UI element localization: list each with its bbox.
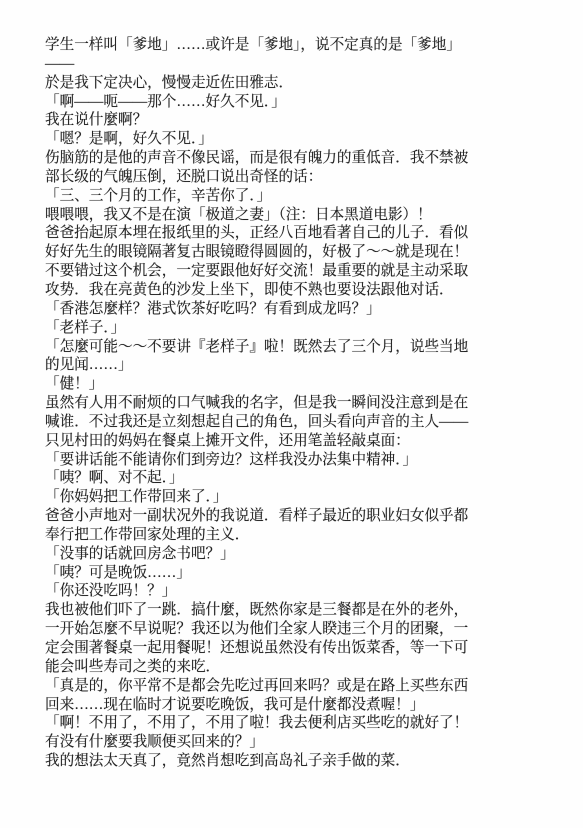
text-line: 学生一样叫「爹地」……或许是「爹地」，说不定真的是「爹地」 bbox=[45, 36, 545, 55]
text-line: 伤脑筋的是他的声音不像民谣，而是很有魄力的重低音．我不禁被 bbox=[45, 149, 545, 168]
text-line: 能会叫些寿司之类的来吃． bbox=[45, 658, 545, 677]
text-line: 「老样子．」 bbox=[45, 319, 545, 338]
text-line: 「你妈妈把工作带回来了．」 bbox=[45, 488, 545, 507]
text-line: 「香港怎麼样？港式饮茶好吃吗？有看到成龙吗？」 bbox=[45, 300, 545, 319]
text-line: 「嗯？是啊，好久不见．」 bbox=[45, 130, 545, 149]
text-line: 奉行把工作带回家处理的主义． bbox=[45, 526, 545, 545]
text-line: 不要错过这个机会，一定要跟他好好交流！最重要的就是主动采取 bbox=[45, 262, 545, 281]
text-line: 虽然有人用不耐烦的口气喊我的名字，但是我一瞬间没注意到是在 bbox=[45, 394, 545, 413]
text-line: 爸爸小声地对一副状况外的我说道．看样子最近的职业妇女似乎都 bbox=[45, 507, 545, 526]
text-line: 「要讲话能不能请你们到旁边？这样我没办法集中精神．」 bbox=[45, 451, 545, 470]
text-line: 「啊——呃——那个……好久不见．」 bbox=[45, 93, 545, 112]
text-line: 於是我下定决心，慢慢走近佐田雅志． bbox=[45, 74, 545, 93]
text-line: 有没有什麼要我顺便买回来的？」 bbox=[45, 733, 545, 752]
text-line: 「咦？啊、对不起．」 bbox=[45, 469, 545, 488]
text-line: 只见村田的妈妈在餐桌上摊开文件，还用笔盖轻敲桌面： bbox=[45, 432, 545, 451]
text-line: 我的想法太天真了，竟然肖想吃到高岛礼子亲手做的菜． bbox=[45, 752, 545, 771]
text-line: 我在说什麼啊？ bbox=[45, 111, 545, 130]
text-line: 部长级的气魄压倒，还脱口说出奇怪的话： bbox=[45, 168, 545, 187]
text-line: 爸爸抬起原本埋在报纸里的头，正经八百地看著自己的儿子．看似 bbox=[45, 224, 545, 243]
text-line: 一开始怎麼不早说呢？我还以为他们全家人睽违三个月的团聚，一 bbox=[45, 620, 545, 639]
text-line: 我也被他们吓了一跳．搞什麼，既然你家是三餐都是在外的老外， bbox=[45, 601, 545, 620]
text-line: 「怎麼可能～～不要讲『老样子』啦！既然去了三个月，说些当地 bbox=[45, 338, 545, 357]
text-line: —— bbox=[45, 55, 545, 74]
text-line: 攻势．我在亮黄色的沙发上坐下，即使不熟也要设法跟他对话． bbox=[45, 281, 545, 300]
text-line: 定会围著餐桌一起用餐呢！还想说虽然没有传出饭菜香，等一下可 bbox=[45, 639, 545, 658]
text-line: 「三、三个月的工作，辛苦你了．」 bbox=[45, 187, 545, 206]
text-line: 喂喂喂，我又不是在演「极道之妻」（注：日本黑道电影）！ bbox=[45, 206, 545, 225]
text-line: 「啊！不用了，不用了，不用了啦！我去便利店买些吃的就好了！ bbox=[45, 714, 545, 733]
text-line: 「咦？可是晚饭……」 bbox=[45, 564, 545, 583]
text-line: 「没事的话就回房念书吧？」 bbox=[45, 545, 545, 564]
document-page: 学生一样叫「爹地」……或许是「爹地」，说不定真的是「爹地」——於是我下定决心，慢… bbox=[0, 0, 583, 828]
text-line: 「真是的，你平常不是都会先吃过再回来吗？或是在路上买些东西 bbox=[45, 677, 545, 696]
text-line: 的见闻……」 bbox=[45, 356, 545, 375]
text-line: 喊谁．不过我还是立刻想起自己的角色，回头看向声音的主人—— bbox=[45, 413, 545, 432]
text-line: 好好先生的眼镜隔著复古眼镜瞪得圆圆的，好极了～～就是现在！ bbox=[45, 243, 545, 262]
text-line: 「你还没吃吗！？」 bbox=[45, 582, 545, 601]
text-line: 「健！」 bbox=[45, 375, 545, 394]
text-line: 回来……现在临时才说要吃晚饭，我可是什麼都没煮喔！」 bbox=[45, 696, 545, 715]
page-text-block: 学生一样叫「爹地」……或许是「爹地」，说不定真的是「爹地」——於是我下定决心，慢… bbox=[45, 36, 545, 771]
